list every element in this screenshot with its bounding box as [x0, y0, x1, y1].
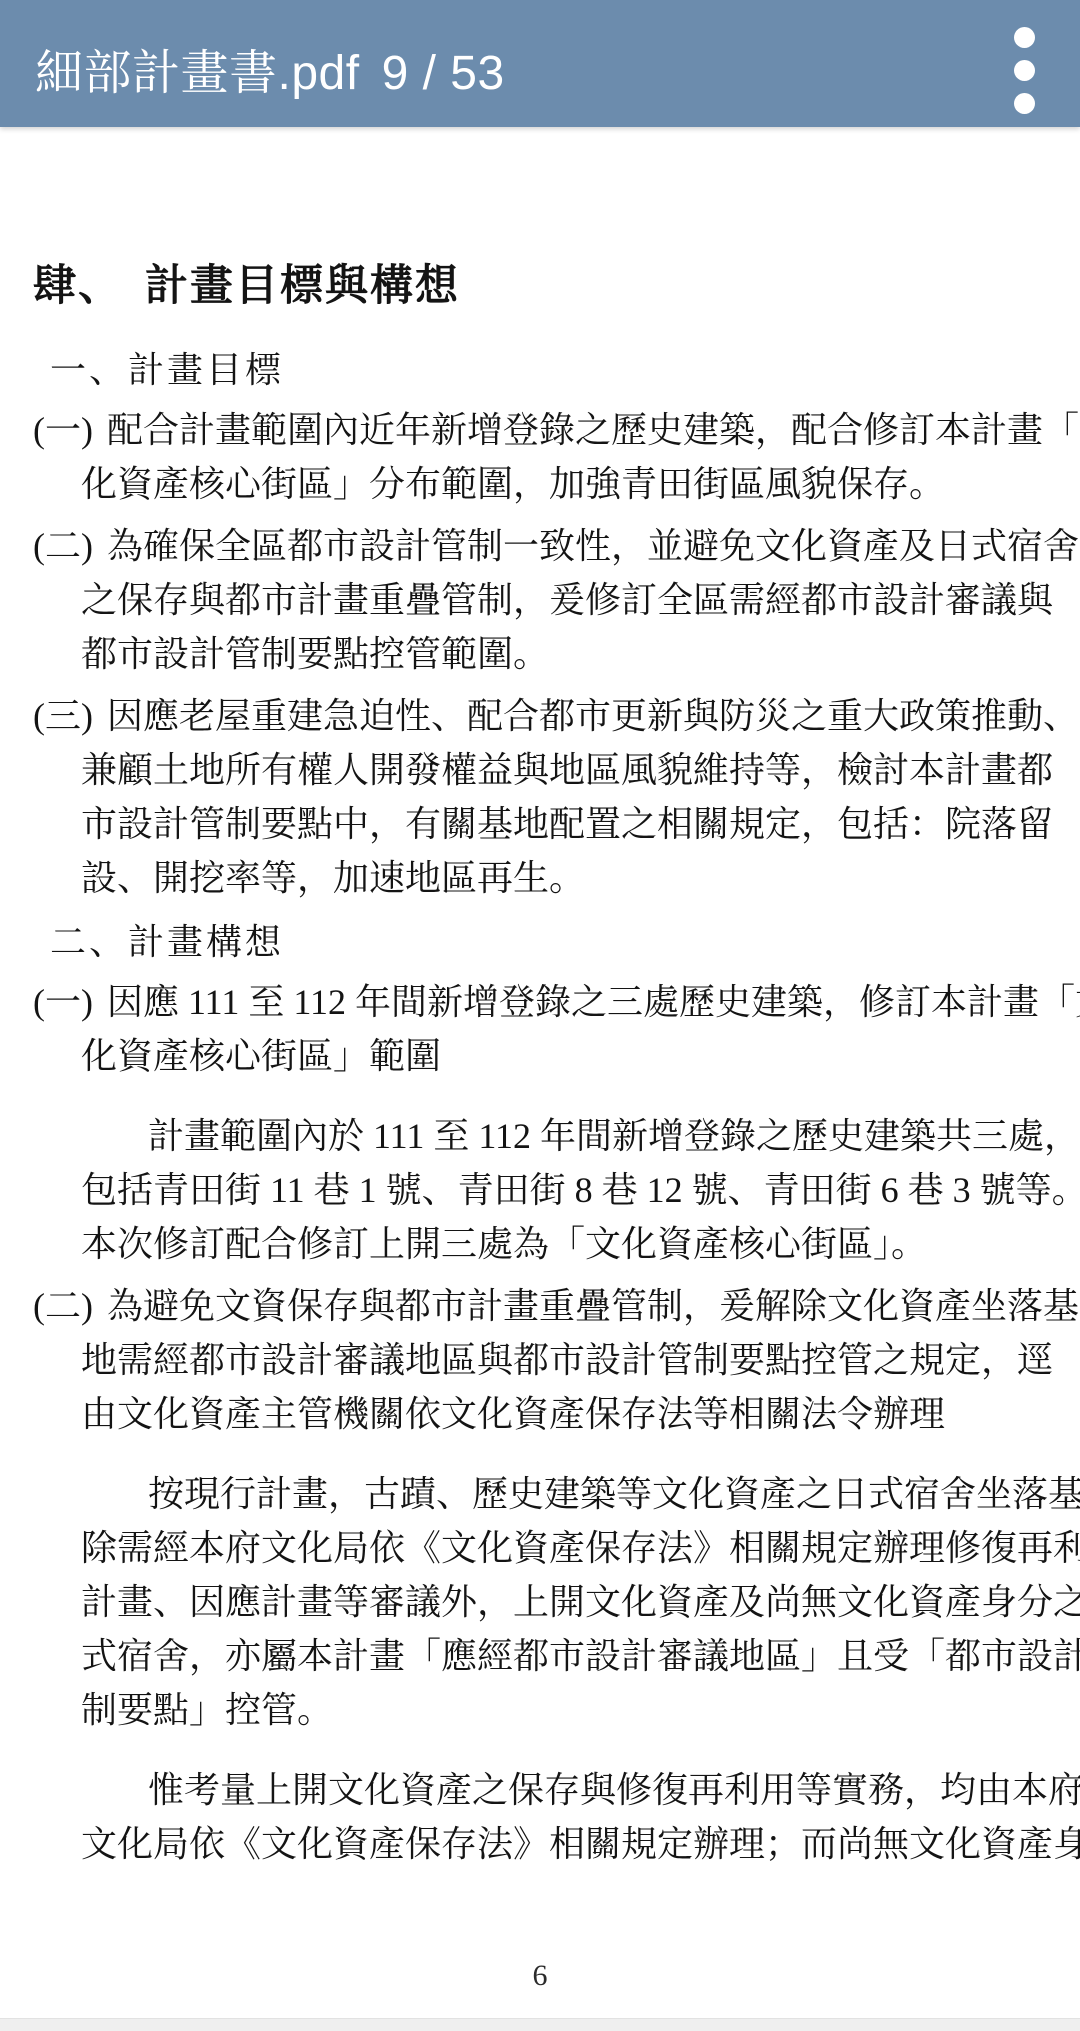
text-line: 地需經都市設計審議地區與都市設計管制要點控管之規定，逕 [81, 1333, 1045, 1387]
text-line: 計畫範圍內於 111 至 112 年間新增登錄之歷史建築共三處， [81, 1109, 1045, 1163]
text-line: 都市設計管制要點控管範圍。 [81, 627, 1045, 681]
list-item: (二)為確保全區都市設計管制一致性，並避免文化資產及日式宿舍 之保存與都市計畫重… [33, 519, 1045, 681]
text-line: 化資產核心街區」分布範圍，加強青田街區風貌保存。 [81, 457, 1045, 511]
paragraph: 計畫範圍內於 111 至 112 年間新增登錄之歷史建築共三處， 包括青田街 1… [81, 1109, 1045, 1271]
text-line-content: 因應老屋重建急迫性、配合都市更新與防災之重大政策推動、 [107, 696, 1079, 736]
text-line: 由文化資產主管機關依文化資產保存法等相關法令辦理 [81, 1387, 1045, 1441]
section-heading: 肆、計畫目標與構想 [33, 257, 1045, 317]
text-line-content: 為避免文資保存與都市計畫重疊管制，爰解除文化資產坐落基 [107, 1286, 1079, 1326]
text-line: 按現行計畫，古蹟、歷史建築等文化資產之日式宿舍坐落基地， [81, 1467, 1045, 1521]
text-line: 文化局依《文化資產保存法》相關規定辦理；而尚無文化資產身分 [81, 1817, 1045, 1871]
text-line: 制要點」控管。 [81, 1683, 1045, 1737]
page-gap-divider [0, 2018, 1080, 2031]
text-line: 式宿舍，亦屬本計畫「應經都市設計審議地區」且受「都市設計管 [81, 1629, 1045, 1683]
list-item-marker: (一) [33, 403, 95, 457]
text-line: 本次修訂配合修訂上開三處為「文化資產核心街區」。 [81, 1217, 1045, 1271]
text-line: 除需經本府文化局依《文化資產保存法》相關規定辦理修復再利用 [81, 1521, 1045, 1575]
text-line: 計畫、因應計畫等審議外，上開文化資產及尚無文化資產身分之日 [81, 1575, 1045, 1629]
document-title: 細部計畫書.pdf 9 / 53 [35, 24, 505, 103]
list-item-marker: (二) [33, 1279, 95, 1333]
text-line: 包括青田街 11 巷 1 號、青田街 8 巷 12 號、青田街 6 巷 3 號等… [81, 1163, 1045, 1217]
text-line: (三)因應老屋重建急迫性、配合都市更新與防災之重大政策推動、 [33, 689, 1045, 743]
paragraph: 惟考量上開文化資產之保存與修復再利用等實務，均由本府 文化局依《文化資產保存法》… [81, 1763, 1045, 1871]
text-line-content: 因應 111 至 112 年間新增登錄之三處歷史建築，修訂本計畫「文 [107, 982, 1080, 1022]
kebab-menu-icon [1014, 27, 1035, 114]
text-line: (一)因應 111 至 112 年間新增登錄之三處歷史建築，修訂本計畫「文 [33, 975, 1045, 1029]
section-heading-marker: 肆、 [33, 257, 145, 317]
text-line: 兼顧土地所有權人開發權益與地區風貌維持等，檢討本計畫都 [81, 743, 1045, 797]
list-item: (一)因應 111 至 112 年間新增登錄之三處歷史建築，修訂本計畫「文 化資… [33, 975, 1045, 1083]
text-line: 設、開挖率等，加速地區再生。 [81, 851, 1045, 905]
list-item: (二)為避免文資保存與都市計畫重疊管制，爰解除文化資產坐落基 地需經都市設計審議… [33, 1279, 1045, 1441]
paragraph: 按現行計畫，古蹟、歷史建築等文化資產之日式宿舍坐落基地， 除需經本府文化局依《文… [81, 1467, 1045, 1737]
text-line: 之保存與都市計畫重疊管制，爰修訂全區需經都市設計審議與 [81, 573, 1045, 627]
text-line: (一)配合計畫範圍內近年新增登錄之歷史建築，配合修訂本計畫「文 [33, 403, 1045, 457]
subsection-heading-2: 二、計畫構想 [50, 915, 1045, 969]
text-line-content: 為確保全區都市設計管制一致性，並避免文化資產及日式宿舍 [107, 526, 1079, 566]
list-item-marker: (二) [33, 519, 95, 573]
subsection-heading-1: 一、計畫目標 [50, 343, 1045, 397]
list-item-marker: (一) [33, 975, 95, 1029]
text-line: 惟考量上開文化資產之保存與修復再利用等實務，均由本府 [81, 1763, 1045, 1817]
section-heading-text: 計畫目標與構想 [145, 263, 460, 310]
app-bar: 細部計畫書.pdf 9 / 53 [0, 0, 1080, 127]
pdf-page[interactable]: 肆、計畫目標與構想 一、計畫目標 (一)配合計畫範圍內近年新增登錄之歷史建築，配… [0, 127, 1080, 2018]
document-filename: 細部計畫書.pdf [35, 34, 360, 103]
list-item-marker: (三) [33, 689, 95, 743]
text-line: 市設計管制要點中，有關基地配置之相關規定，包括：院落留 [81, 797, 1045, 851]
list-item: (三)因應老屋重建急迫性、配合都市更新與防災之重大政策推動、 兼顧土地所有權人開… [33, 689, 1045, 905]
text-line: 化資產核心街區」範圍 [81, 1029, 1045, 1083]
text-line: (二)為避免文資保存與都市計畫重疊管制，爰解除文化資產坐落基 [33, 1279, 1045, 1333]
page-number: 6 [0, 1959, 1080, 1993]
kebab-menu-button[interactable] [982, 9, 1066, 119]
text-line: (二)為確保全區都市設計管制一致性，並避免文化資產及日式宿舍 [33, 519, 1045, 573]
list-item: (一)配合計畫範圍內近年新增登錄之歷史建築，配合修訂本計畫「文 化資產核心街區」… [33, 403, 1045, 511]
text-line-content: 配合計畫範圍內近年新增登錄之歷史建築，配合修訂本計畫「文 [107, 410, 1080, 450]
page-indicator: 9 / 53 [382, 46, 505, 101]
